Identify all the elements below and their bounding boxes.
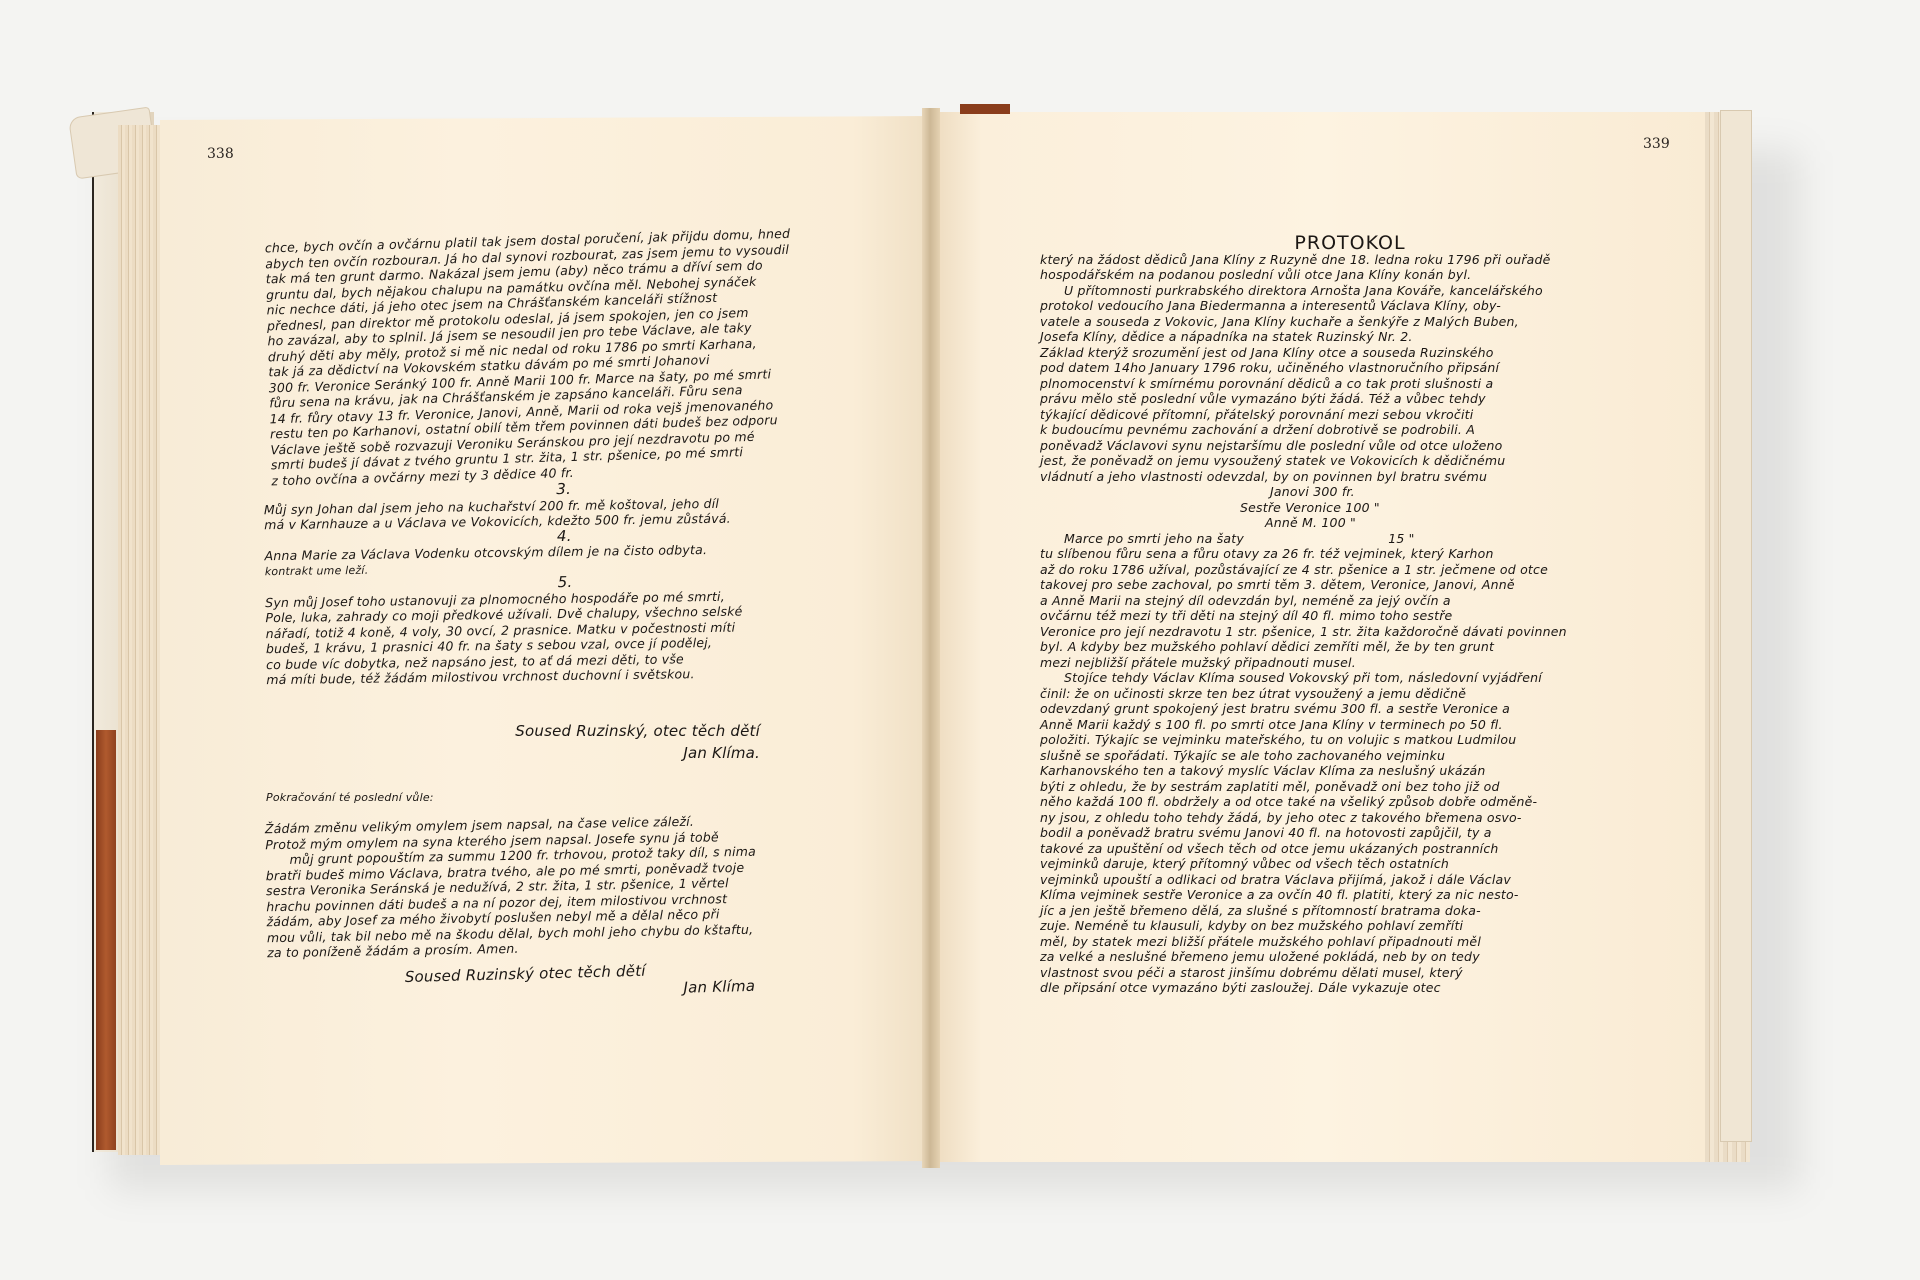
text-line: vlastnost svou péči a starost jinšímu do… [1040, 965, 1660, 981]
amount-row: Sestře Veronice 100 " [1040, 500, 1660, 516]
right-page-text: PROTOKOL který na žádost dědiců Jana Klí… [1040, 236, 1660, 996]
text-line: Anně Marii každý s 100 fl. po smrti otce… [1040, 717, 1660, 733]
text-line: plnomocenství k smírnému porovnání dědic… [1040, 376, 1660, 392]
text-line: vejminků daruje, který přítomný vůbec od… [1040, 856, 1660, 872]
text-line: zuje. Neméně tu klausuli, kdyby on bez m… [1040, 918, 1660, 934]
amount-row: Anně M. 100 " [1040, 515, 1660, 531]
bequest-amounts: Janovi 300 fr. Sestře Veronice 100 " Ann… [1040, 484, 1660, 546]
text-line: mezi nejbližší přátele mužský připadnout… [1040, 655, 1660, 671]
text-line: něho každá 100 fl. obdržely a od otce ta… [1040, 794, 1660, 810]
text-line: dle připsání otce vymazáno býti zaslouže… [1040, 980, 1660, 996]
text-line: byl. A kdyby bez mužského pohlaví dědici… [1040, 639, 1660, 655]
leather-binding-strip [96, 730, 116, 1150]
text-line: jest, že poněvadž on jemu vysoužený stat… [1040, 453, 1660, 469]
text-line: který na žádost dědiců Jana Klíny z Ruzy… [1040, 252, 1660, 268]
text-line: vejminků upouští a odlikaci od bratra Vá… [1040, 872, 1660, 888]
text-line: Veronice pro její nezdravotu 1 str. pšen… [1040, 624, 1660, 640]
text-line: týkající dědicové přítomní, přátelský po… [1040, 407, 1660, 423]
text-line: Základ kterýž srozumění jest od Jana Klí… [1040, 345, 1660, 361]
amount-row: Janovi 300 fr. [1040, 484, 1660, 500]
text-line: býti z ohledu, že by sestrám zaplatiti m… [1040, 779, 1660, 795]
continuation-block: Pokračování té poslední vůle: Žádám změn… [266, 790, 866, 955]
text-line: poněvadž Václavovi synu nejstaršímu dle … [1040, 438, 1660, 454]
protokol-title: PROTOKOL [1040, 236, 1660, 252]
text-line: takové za upuštění od všech těch od otce… [1040, 841, 1660, 857]
text-line: Karhanovského ten a takový myslíc Václav… [1040, 763, 1660, 779]
text-line: bodil a poněvadž bratru svému Janovi 40 … [1040, 825, 1660, 841]
text-line: slušně se spořádati. Týkajíc se ale toho… [1040, 748, 1660, 764]
text-line: položiti. Týkajíc se vejminku mateřského… [1040, 732, 1660, 748]
text-line: vatele a souseda z Vokovic, Jana Klíny k… [1040, 314, 1660, 330]
text-line: a Anně Marii na stejný díl odevzdán byl,… [1040, 593, 1660, 609]
text-line: pod datem 14ho January 1796 roku, učiněn… [1040, 360, 1660, 376]
text-line: hospodářském na podanou poslední vůli ot… [1040, 267, 1660, 283]
text-line: Stojíce tehdy Václav Klíma soused Vokovs… [1040, 670, 1660, 686]
open-book: 338 chce, bych ovčín a ovčárnu platil ta… [0, 0, 1920, 1280]
text-line: Klíma vejminek sestře Veronice a za ovčí… [1040, 887, 1660, 903]
protokol-intro: který na žádost dědiců Jana Klíny z Ruzy… [1040, 252, 1660, 485]
text-line: činil: že on učinosti skrze ten bez útra… [1040, 686, 1660, 702]
torn-right-margin [1720, 110, 1752, 1142]
leather-top-strip [960, 104, 1010, 114]
text-line: takovej pro sebe zachoval, po smrti těm … [1040, 577, 1660, 593]
text-line: vládnutí a jeho vlastnosti odevzdal, by … [1040, 469, 1660, 485]
protokol-body: tu slíbenou fůru sena a fůru otavy za 26… [1040, 546, 1660, 996]
text-line: k budoucímu pevnému zachování a držení d… [1040, 422, 1660, 438]
text-line: právu mělo stě poslední vůle vymazáno bý… [1040, 391, 1660, 407]
text-line: U přítomnosti purkrabského direktora Arn… [1040, 283, 1660, 299]
text-line: ny jsou, z ohledu toho tehdy žádá, by je… [1040, 810, 1660, 826]
left-page-text: chce, bych ovčín a ovčárnu platil tak js… [265, 224, 872, 489]
text-line: za velké a neslušné břemeno jemu uložené… [1040, 949, 1660, 965]
page-number-right: 339 [1643, 136, 1670, 152]
continuation-heading: Pokračování té poslední vůle: [266, 790, 866, 806]
text-line: ovčárnu též mezi ty tři děti na stejný d… [1040, 608, 1660, 624]
signature-block-1: Soused Ruzinský, otec těch dětí Jan Klím… [480, 724, 760, 761]
text-line: měl, by statek mezi bližší přátele mužsk… [1040, 934, 1660, 950]
text-line: Josefa Klíny, dědice a nápadníka na stat… [1040, 329, 1660, 345]
text-line: protokol vedoucího Jana Biedermanna a in… [1040, 298, 1660, 314]
section-2-continued: chce, bych ovčín a ovčárnu platil tak js… [265, 224, 872, 489]
text-line: až do roku 1786 užíval, pozůstávající ze… [1040, 562, 1660, 578]
book-gutter [922, 108, 940, 1168]
text-line: jíc a jen ještě břemeno dělá, za slušné … [1040, 903, 1660, 919]
left-page-sections: 3. Můj syn Johan dal jsem jeho na kuchař… [264, 478, 867, 688]
signature-line: Soused Ruzinský, otec těch dětí [480, 724, 760, 740]
page-number-left: 338 [207, 146, 234, 162]
text-line: odevzdaný grunt spokojený jest bratru sv… [1040, 701, 1660, 717]
text-line: tu slíbenou fůru sena a fůru otavy za 26… [1040, 546, 1660, 562]
left-page-block-edge [118, 125, 163, 1155]
signature-name: Jan Klíma. [480, 746, 760, 762]
amount-row: Marce po smrti jeho na šaty 15 " [1040, 531, 1660, 547]
